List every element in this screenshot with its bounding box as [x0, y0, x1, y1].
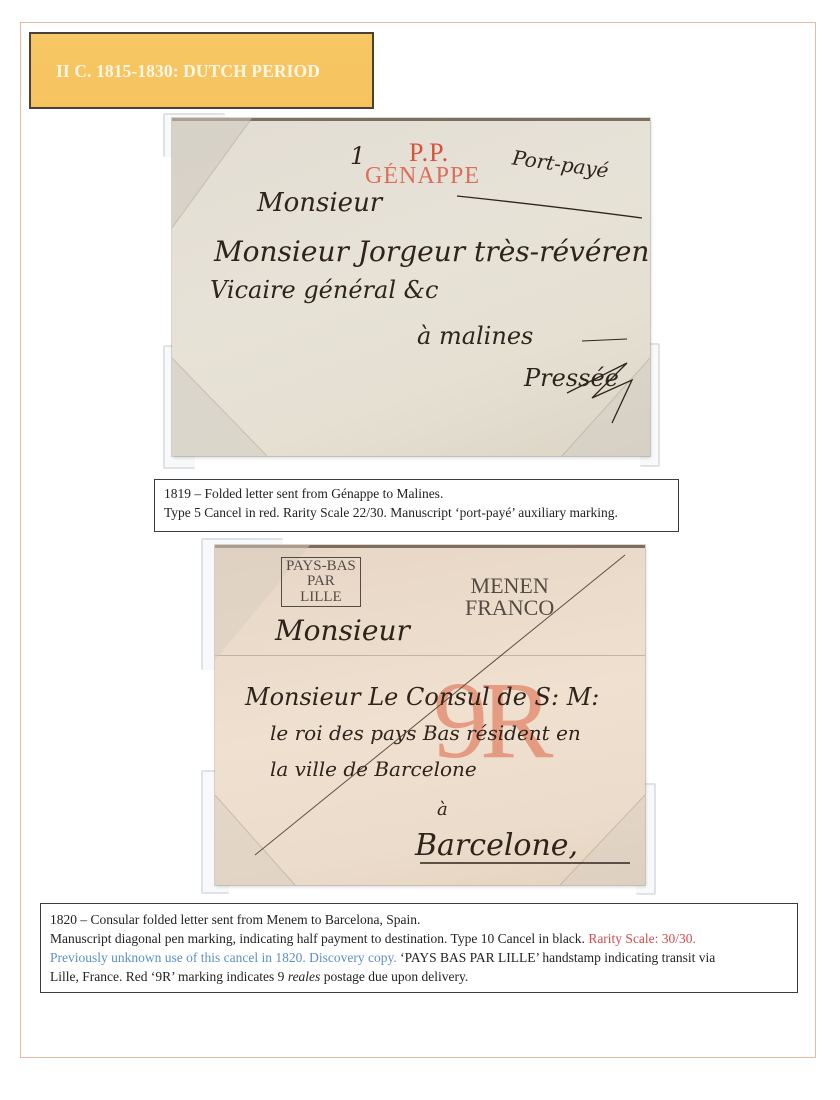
caption-1820-line-1: 1820 – Consular folded letter sent from … [50, 910, 788, 929]
address-line-6: Barcelone, [415, 831, 578, 861]
cancel-line-franco: FRANCO [465, 597, 554, 619]
caption-1820-line-2: Manuscript diagonal pen marking, indicat… [50, 929, 788, 948]
cancel-menen-franco: MENEN FRANCO [465, 575, 554, 619]
transit-handstamp-line-1: PAYS-BAS [286, 559, 356, 574]
transit-handstamp-line-3: LILLE [286, 590, 356, 605]
manuscript-corner-mark: 1 [350, 144, 365, 168]
transit-handstamp-line-2: PAR [286, 574, 356, 589]
caption-1820-line-3: Previously unknown use of this cancel in… [50, 948, 788, 967]
address-line-1: Monsieur [275, 617, 410, 645]
caption-1820-line-3-text: ‘PAYS BAS PAR LILLE’ handstamp indicatin… [397, 950, 716, 965]
address-line-5: Pressée [524, 366, 619, 390]
caption-1820-line-2-text: Manuscript diagonal pen marking, indicat… [50, 931, 588, 946]
caption-1819: 1819 – Folded letter sent from Génappe t… [154, 479, 679, 532]
reales-italic: reales [288, 969, 321, 984]
cover-letter-1819: P.P. GÉNAPPE 1 Port-payé Monsieur Monsie… [172, 118, 650, 456]
address-line-5: à [437, 801, 448, 819]
address-line-4: à malines [417, 324, 533, 348]
cancel-genappe: GÉNAPPE [365, 164, 480, 188]
cancel-line-menen: MENEN [465, 575, 554, 597]
cover-letter-1820: 9R PAYS-BAS PAR LILLE MENEN FRANCO Monsi… [215, 545, 645, 885]
caption-1820-line-4-end: postage due upon delivery. [320, 969, 468, 984]
caption-1820: 1820 – Consular folded letter sent from … [40, 903, 798, 993]
discovery-copy-highlight: Previously unknown use of this cancel in… [50, 950, 397, 965]
section-title: II C. 1815-1830: DUTCH PERIOD [56, 61, 320, 82]
rarity-scale-highlight: Rarity Scale: 30/30. [588, 931, 696, 946]
address-line-2: Monsieur Jorgeur très-révérend [214, 238, 650, 266]
cover-top-edge [172, 118, 650, 121]
caption-1820-line-4: Lille, France. Red ‘9R’ marking indicate… [50, 967, 788, 986]
cover-top-edge [215, 545, 645, 548]
address-line-4: la ville de Barcelone [270, 759, 477, 779]
cover-fold-line [215, 655, 645, 656]
manuscript-port-paye: Port-payé [511, 147, 610, 180]
address-line-3: Vicaire général &c [210, 278, 438, 302]
caption-1820-line-4-text: Lille, France. Red ‘9R’ marking indicate… [50, 969, 288, 984]
caption-1819-line-1: 1819 – Folded letter sent from Génappe t… [164, 484, 669, 503]
section-title-box: II C. 1815-1830: DUTCH PERIOD [29, 32, 374, 109]
address-line-1: Monsieur [257, 190, 382, 216]
caption-1819-line-2: Type 5 Cancel in red. Rarity Scale 22/30… [164, 503, 669, 522]
transit-handstamp-pays-bas-par-lille: PAYS-BAS PAR LILLE [281, 557, 361, 607]
address-line-3: le roi des pays Bas résident en [270, 723, 581, 743]
address-line-2: Monsieur Le Consul de S: M: [245, 685, 599, 709]
